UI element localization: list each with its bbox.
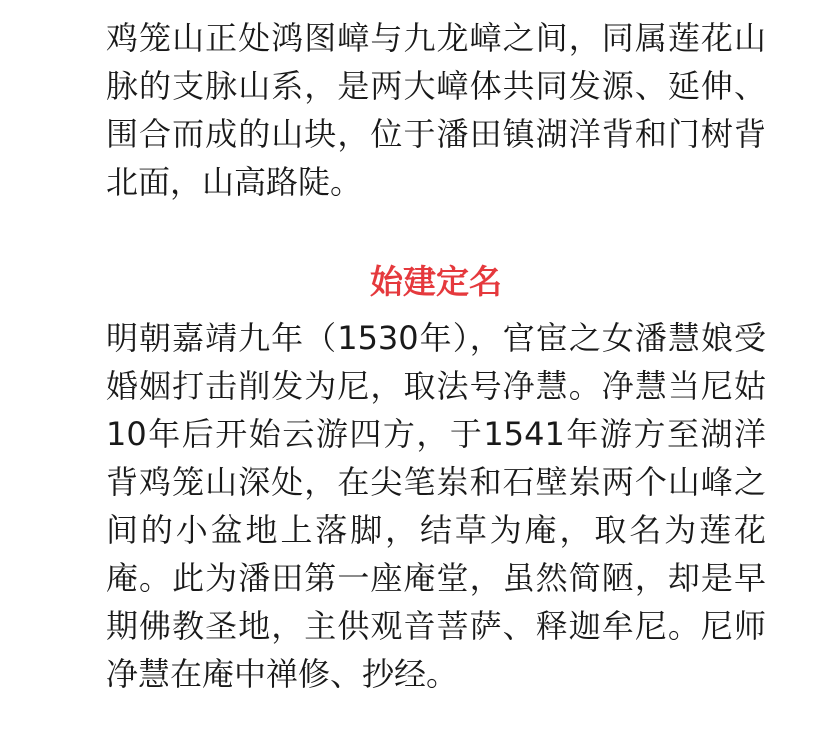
paragraph-mountain-location: 鸡笼山正处鸿图嶂与九龙嶂之间，同属莲花山脉的支脉山系，是两大嶂体共同发源、延伸、… [106,14,766,206]
article-page: 鸡笼山正处鸿图嶂与九龙嶂之间，同属莲花山脉的支脉山系，是两大嶂体共同发源、延伸、… [0,0,825,739]
section-heading: 始建定名 [106,258,766,306]
paragraph-founding-history: 明朝嘉靖九年（1530年），官宦之女潘慧娘受婚姻打击削发为尼，取法号净慧。净慧当… [106,314,766,698]
